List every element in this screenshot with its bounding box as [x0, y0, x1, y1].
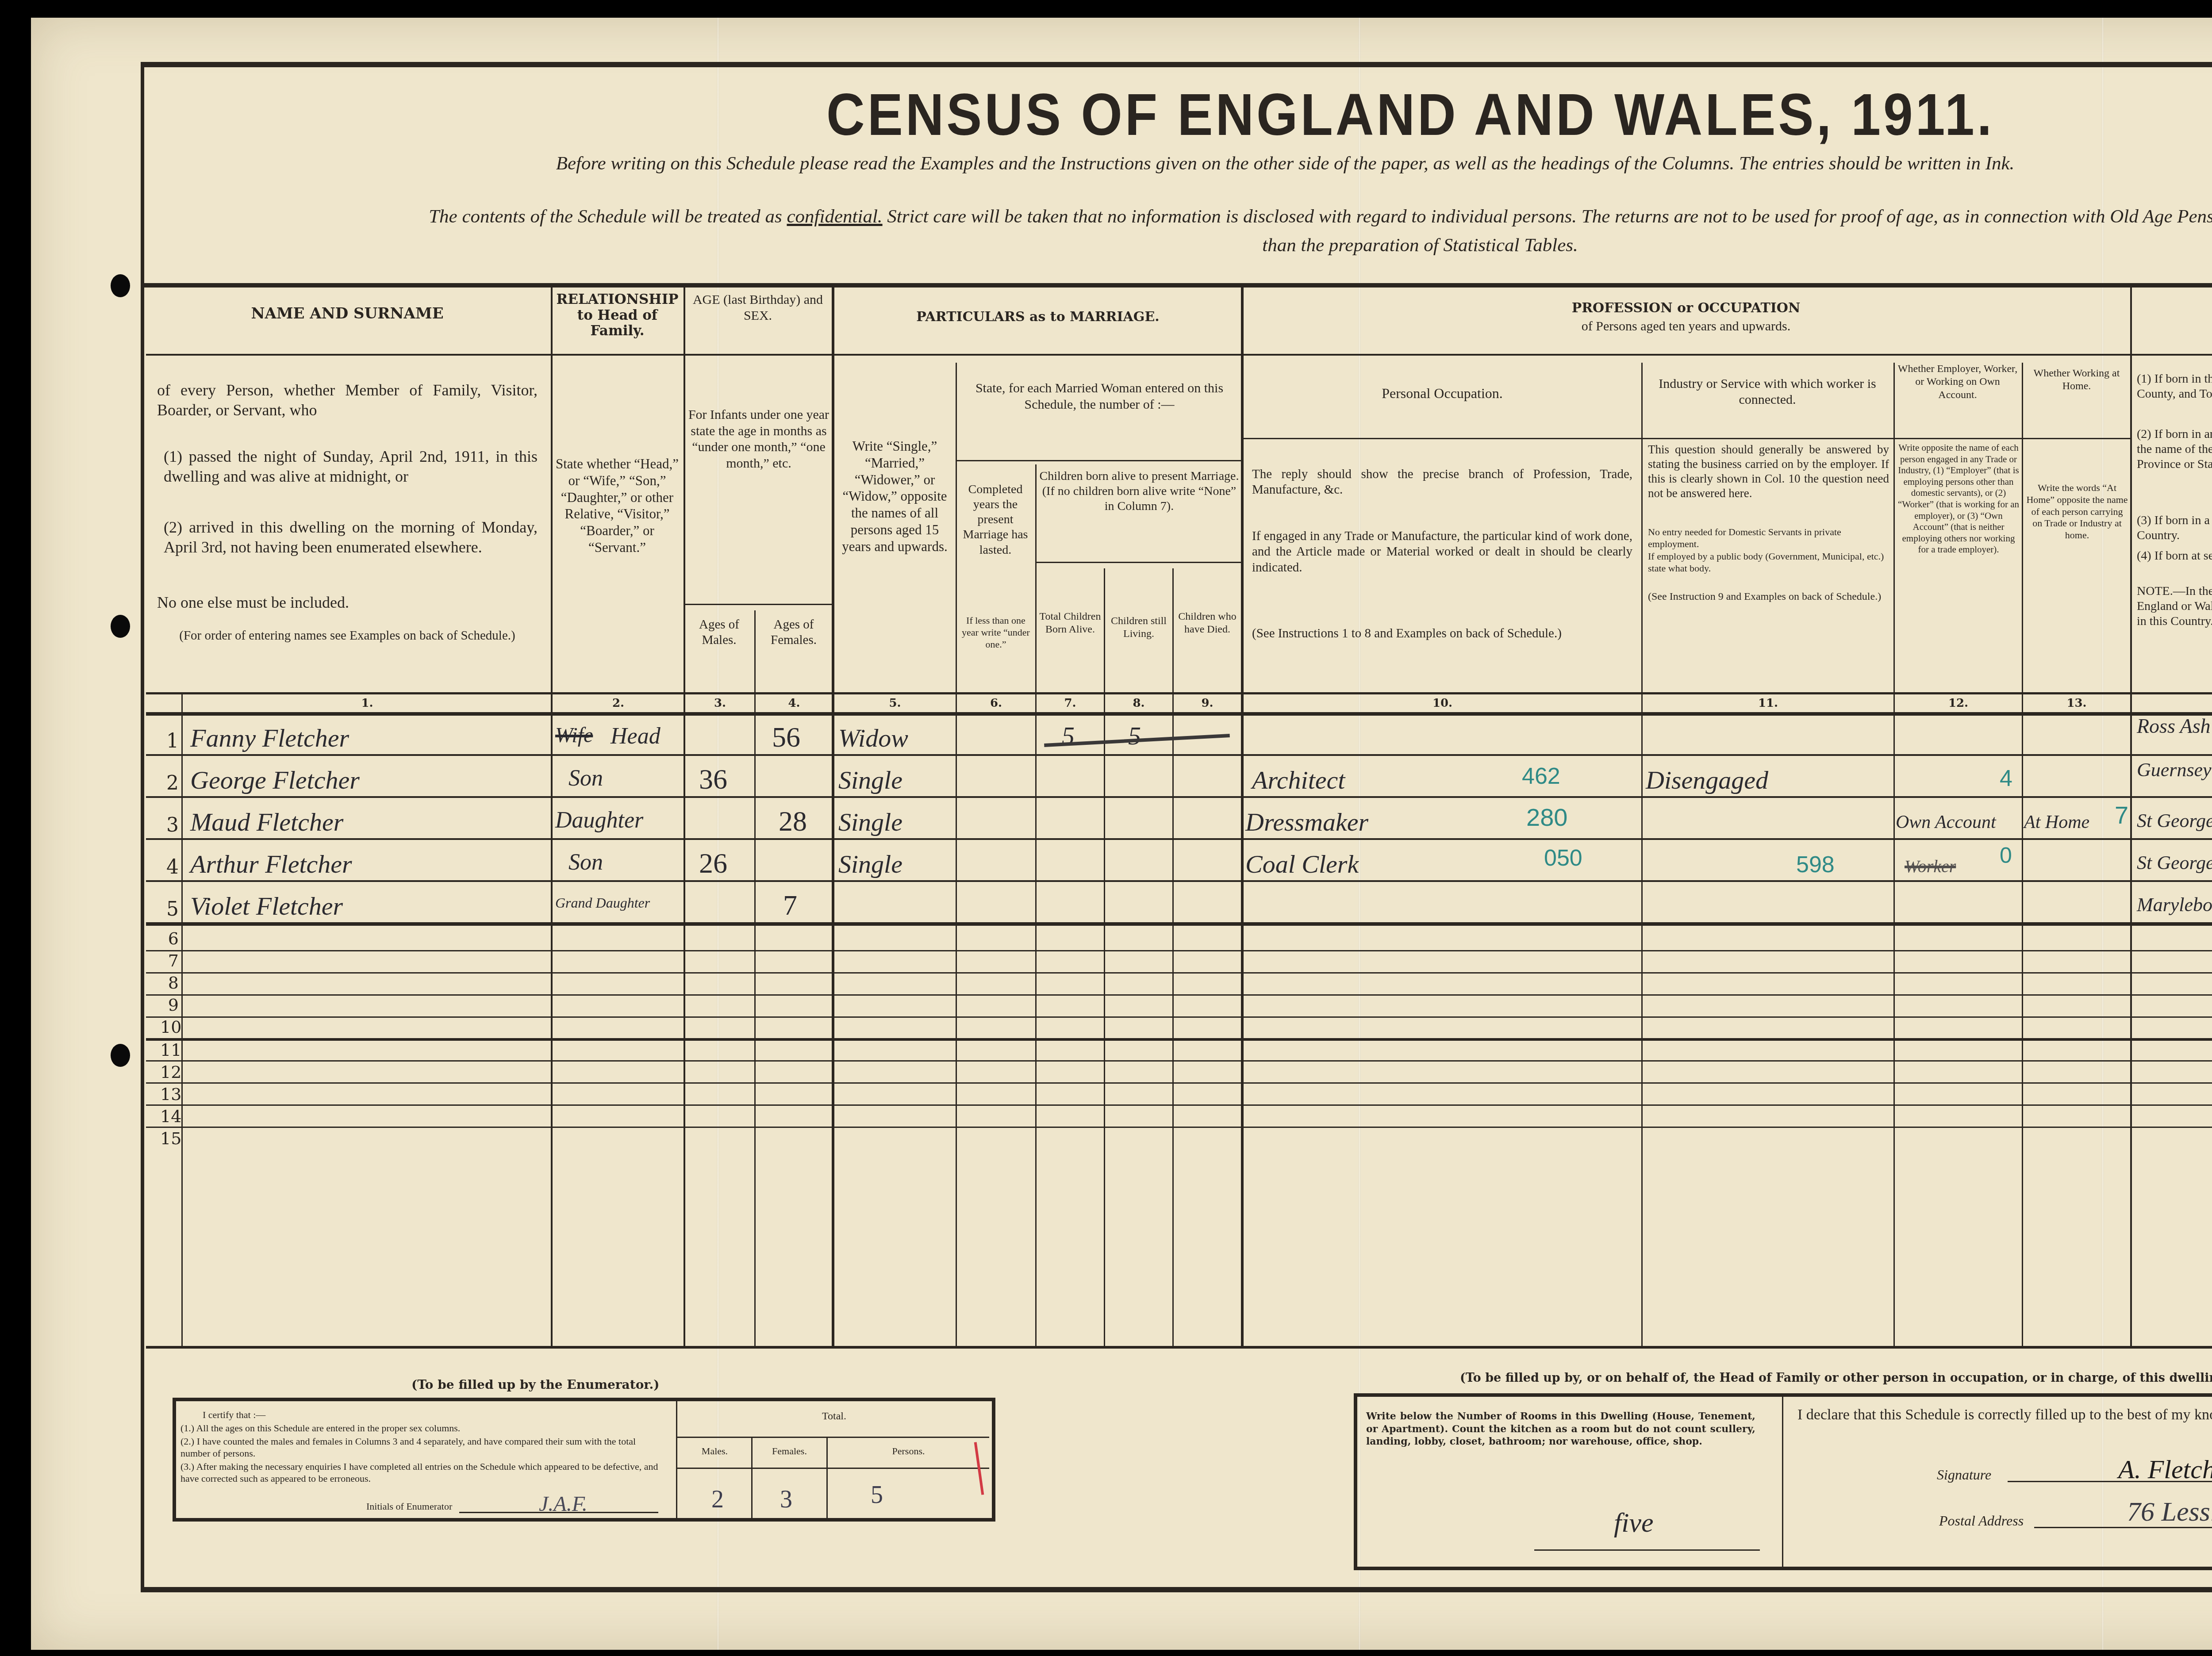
age-male[interactable]: 26 [699, 847, 727, 880]
employer-code: 0 [2000, 843, 2012, 868]
occupation-code: 462 [1522, 763, 1560, 790]
number-of-rooms[interactable]: five [1614, 1507, 1654, 1539]
person-name[interactable]: Maud Fletcher [190, 807, 343, 837]
col-relationship-header: RELATIONSHIP to Head of Family. [552, 292, 683, 339]
confidential-notice: The contents of the Schedule will be tre… [175, 206, 2212, 227]
industry[interactable]: Disengaged [1646, 765, 1768, 795]
person-name[interactable]: Fanny Fletcher [190, 723, 349, 753]
col-name-header: NAME AND SURNAME [146, 305, 549, 322]
marital-condition[interactable]: Single [838, 807, 902, 837]
marital-condition[interactable]: Widow [838, 723, 908, 753]
relationship[interactable]: Head [611, 723, 661, 749]
personal-occupation[interactable]: Architect [1252, 765, 1345, 795]
at-home-code: 7 [2115, 801, 2128, 829]
relationship[interactable]: Son [568, 849, 603, 875]
children-born-alive[interactable]: 5 [1062, 721, 1075, 751]
employer-code: 4 [2000, 765, 2012, 792]
birthplace[interactable]: Guernsey Channel Islands Resident [2137, 759, 2212, 781]
punch-hole [111, 1044, 130, 1067]
occupation-code: 050 [1544, 845, 1582, 871]
confidential-notice-line2: than the preparation of Statistical Tabl… [142, 234, 2212, 256]
head-of-family-heading: (To be filled up by, or on behalf of, th… [1460, 1371, 2212, 1385]
punch-hole [111, 274, 130, 297]
signature[interactable]: A. Fletcher [2118, 1454, 2212, 1485]
birthplace[interactable]: Ross Ash Parish Devonshire [2137, 714, 2212, 738]
punch-hole [111, 615, 130, 638]
declaration-box: Write below the Number of Rooms in this … [1354, 1393, 2212, 1570]
postal-address-line1[interactable]: 76 Lessingham Avenue [2127, 1496, 2212, 1528]
row-number: 11 [160, 1040, 179, 1060]
age-female[interactable]: 28 [779, 805, 807, 838]
row-number: 9 [160, 995, 179, 1015]
total-persons[interactable]: 5 [871, 1481, 883, 1509]
row-number: 7 [160, 951, 179, 970]
age-female[interactable]: 56 [772, 721, 800, 754]
total-females[interactable]: 3 [780, 1485, 792, 1514]
row-number: 8 [160, 973, 179, 993]
personal-occupation[interactable]: Dressmaker [1245, 807, 1368, 837]
confidential-word: confidential. [787, 206, 882, 227]
occupation-code: 280 [1526, 803, 1567, 832]
enumerator-heading: (To be filled up by the Enumerator.) [177, 1378, 987, 1392]
relationship[interactable]: Son [568, 765, 603, 791]
row-number: 14 [160, 1107, 179, 1126]
employer-status[interactable]: Worker [1905, 856, 1956, 877]
relationship[interactable]: Daughter [555, 807, 643, 833]
col-marriage-header: PARTICULARS as to MARRIAGE. [834, 310, 1241, 325]
age-female[interactable]: 7 [783, 889, 797, 922]
row-number: 12 [160, 1062, 179, 1082]
birthplace[interactable]: Marylebone London W. [2137, 893, 2212, 916]
birthplace[interactable]: St George Hanover Square [2137, 851, 2212, 874]
employer-status[interactable]: Own Account [1896, 812, 1996, 833]
total-males[interactable]: 2 [711, 1485, 724, 1514]
marital-condition[interactable]: Single [838, 765, 902, 795]
row-number: 5 [160, 898, 179, 920]
col-age-header: AGE (last Birthday) and SEX. [685, 292, 831, 324]
row-number: 6 [160, 929, 179, 948]
page-title: CENSUS OF ENGLAND AND WALES, 1911. [0, 80, 2212, 149]
row-number: 4 [160, 856, 179, 878]
person-name[interactable]: George Fletcher [190, 765, 360, 795]
instruction-line: Before writing on this Schedule please r… [142, 153, 2212, 174]
frame-left [141, 62, 144, 1590]
row-number: 15 [160, 1129, 179, 1148]
person-name[interactable]: Violet Fletcher [190, 891, 343, 921]
row-number: 10 [160, 1017, 179, 1037]
row-number: 2 [160, 772, 179, 794]
row-number: 3 [160, 814, 179, 836]
enumerator-initials[interactable]: J.A.F. [539, 1492, 588, 1516]
row-number: 1 [160, 730, 179, 752]
col-birthplace-header: BIRTHPLACE [2132, 301, 2212, 316]
birthplace[interactable]: St George Hanover Sq London [2137, 809, 2212, 832]
relationship-struck: Wife [555, 723, 593, 747]
frame-top [141, 62, 2212, 67]
row-number: 13 [160, 1085, 179, 1104]
frame-bottom [141, 1587, 2212, 1592]
working-at-home[interactable]: At Home [2024, 812, 2089, 833]
personal-occupation[interactable]: Coal Clerk [1245, 849, 1359, 879]
enumerator-certificate-box: I certify that :— (1.) All the ages on t… [173, 1398, 995, 1522]
industry-code: 598 [1796, 851, 1835, 878]
relationship[interactable]: Grand Daughter [555, 896, 679, 910]
age-male[interactable]: 36 [699, 763, 727, 796]
children-living[interactable]: 5 [1128, 721, 1141, 751]
col-occupation-header: PROFESSION or OCCUPATION [1244, 301, 2128, 316]
person-name[interactable]: Arthur Fletcher [190, 849, 352, 879]
marital-condition[interactable]: Single [838, 849, 902, 879]
